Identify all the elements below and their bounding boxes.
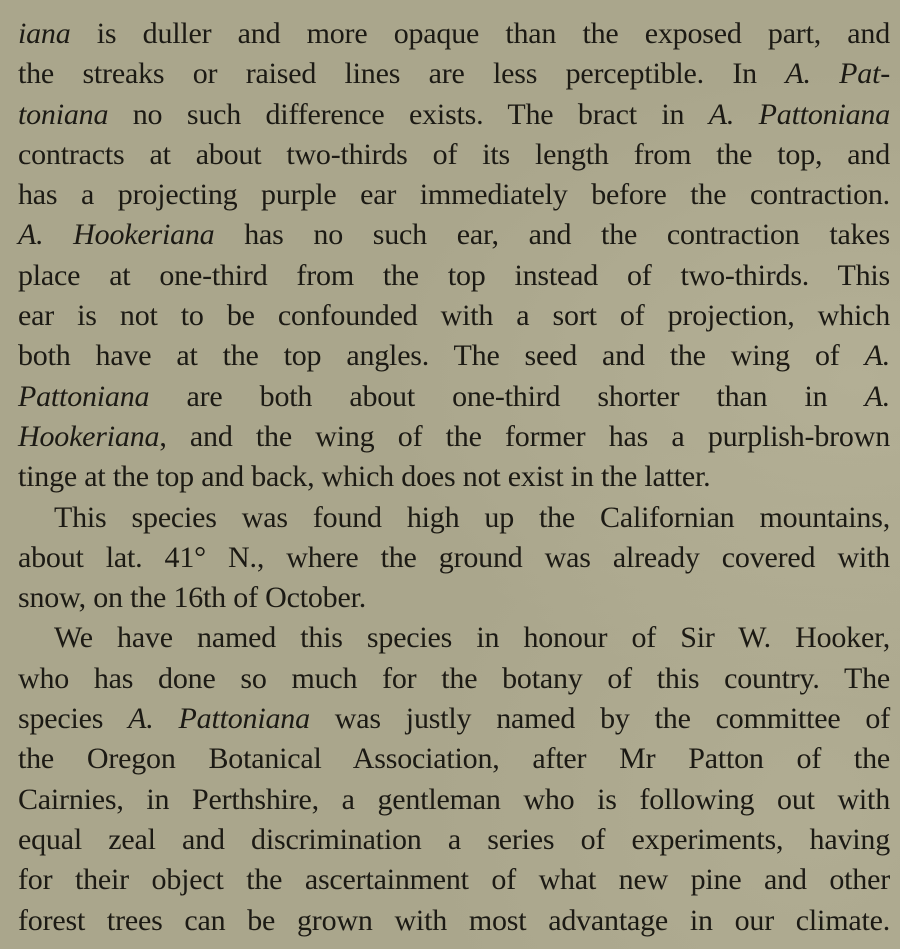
text-segment: the Oregon Botanical Association, after …	[18, 742, 890, 775]
text-line: snow, on the 16th of October.	[18, 578, 890, 618]
text-line: has a projecting purple ear immediately …	[18, 175, 890, 215]
italic-species-name: A.	[865, 380, 890, 413]
text-segment: forest trees can be grown with most adva…	[18, 904, 890, 937]
italic-species-name: A. Pattoniana	[128, 702, 310, 735]
paragraph-p2: This species was found high up the Calif…	[18, 498, 890, 619]
text-line: contracts at about two-thirds of its len…	[18, 135, 890, 175]
text-line: the Oregon Botanical Association, after …	[18, 739, 890, 779]
text-segment: who has done so much for the botany of t…	[18, 662, 890, 695]
text-line: A. Hookeriana has no such ear, and the c…	[18, 215, 890, 255]
text-segment: about lat. 41° N., where the ground was …	[18, 541, 890, 574]
text-segment: contracts at about two-thirds of its len…	[18, 138, 890, 171]
text-segment: is duller and more opaque than the expos…	[71, 17, 890, 50]
text-segment: has no such ear, and the contraction tak…	[215, 218, 891, 251]
text-segment: snow, on the 16th of October.	[18, 581, 366, 614]
text-segment: place at one-third from the top instead …	[18, 259, 890, 292]
text-segment: ear is not to be confounded with a sort …	[18, 299, 890, 332]
text-line: tinge at the top and back, which does no…	[18, 457, 890, 497]
text-segment: Cairnies, in Perthshire, a gentleman who…	[18, 783, 890, 816]
text-segment: the streaks or raised lines are less per…	[18, 57, 785, 90]
text-segment: no such difference exists. The bract in	[108, 98, 708, 131]
text-line: forest trees can be grown with most adva…	[18, 901, 890, 941]
text-segment: are both about one-third shorter than in	[149, 380, 864, 413]
text-line: who has done so much for the botany of t…	[18, 659, 890, 699]
text-line: toniana no such difference exists. The b…	[18, 95, 890, 135]
text-line: Cairnies, in Perthshire, a gentleman who…	[18, 780, 890, 820]
text-line: Pattoniana are both about one-third shor…	[18, 377, 890, 417]
text-line: about lat. 41° N., where the ground was …	[18, 538, 890, 578]
paragraph-p3: We have named this species in honour of …	[18, 618, 890, 940]
body-text: iana is duller and more opaque than the …	[18, 14, 890, 941]
text-segment: was justly named by the committee of	[310, 702, 890, 735]
text-segment: We have named this species in honour of …	[54, 621, 890, 654]
text-segment: This species was found high up the Calif…	[54, 501, 890, 534]
italic-species-name: A. Pat-	[785, 57, 890, 90]
text-line: This species was found high up the Calif…	[18, 498, 890, 538]
text-segment: species	[18, 702, 128, 735]
text-segment: for their object the ascertainment of wh…	[18, 863, 890, 896]
italic-species-name: Hookeriana	[18, 420, 159, 453]
text-line: species A. Pattoniana was justly named b…	[18, 699, 890, 739]
italic-species-name: A. Hookeriana	[18, 218, 215, 251]
text-line: We have named this species in honour of …	[18, 618, 890, 658]
italic-species-name: A. Pattoniana	[709, 98, 890, 131]
scanned-page: iana is duller and more opaque than the …	[0, 0, 900, 949]
text-segment: has a projecting purple ear immediately …	[18, 178, 890, 211]
text-line: both have at the top angles. The seed an…	[18, 336, 890, 376]
italic-species-name: toniana	[18, 98, 108, 131]
paragraph-p1: iana is duller and more opaque than the …	[18, 14, 890, 498]
text-line: place at one-third from the top instead …	[18, 256, 890, 296]
italic-species-name: Pattoniana	[18, 380, 149, 413]
text-segment: , and the wing of the former has a purpl…	[159, 420, 890, 453]
italic-species-name: A.	[865, 339, 890, 372]
text-segment: both have at the top angles. The seed an…	[18, 339, 865, 372]
text-line: Hookeriana, and the wing of the former h…	[18, 417, 890, 457]
text-segment: tinge at the top and back, which does no…	[18, 460, 710, 493]
italic-species-name: iana	[18, 17, 71, 50]
text-line: ear is not to be confounded with a sort …	[18, 296, 890, 336]
text-line: for their object the ascertainment of wh…	[18, 860, 890, 900]
text-segment: equal zeal and discrimination a series o…	[18, 823, 890, 856]
text-line: iana is duller and more opaque than the …	[18, 14, 890, 54]
text-line: equal zeal and discrimination a series o…	[18, 820, 890, 860]
text-line: the streaks or raised lines are less per…	[18, 54, 890, 94]
